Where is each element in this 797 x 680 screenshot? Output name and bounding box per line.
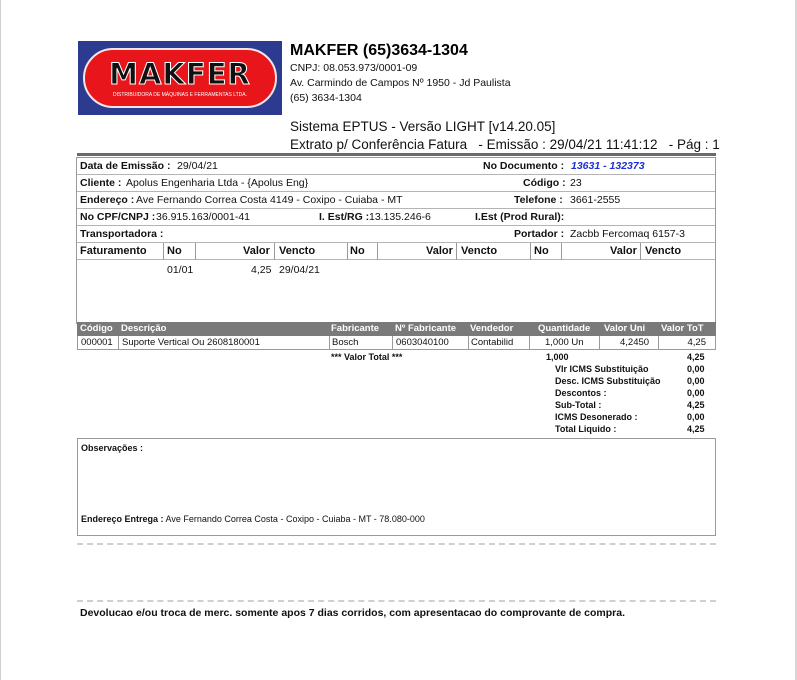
logo-brand: MAKFER: [85, 57, 275, 91]
items-col-n-fabricante: Nº Fabricante: [395, 323, 456, 334]
observacoes-box: Observações : Endereço Entrega : Ave Fer…: [77, 438, 716, 536]
items-table-header: Código Descrição Fabricante Nº Fabricant…: [77, 322, 716, 336]
company-address: Av. Carmindo de Campos Nº 1950 - Jd Paul…: [290, 77, 511, 89]
items-col-quantidade: Quantidade: [538, 323, 590, 334]
logo-tagline: DISTRIBUIDORA DE MÁQUINAS E FERRAMENTAS …: [85, 92, 275, 98]
column-divider: [163, 243, 164, 260]
faturamento-label: Faturamento: [80, 245, 147, 257]
fat-col-valor-3: Valor: [610, 245, 637, 257]
telefone-label: Telefone :: [514, 194, 563, 206]
column-divider: [347, 243, 348, 260]
desc-icms-subst-value: 0,00: [687, 376, 705, 386]
endereco-label: Endereço :: [80, 194, 134, 206]
info-row-endereco: Endereço : Ave Fernando Correa Costa 414…: [77, 192, 715, 209]
items-col-descricao: Descrição: [121, 323, 166, 334]
company-phone: (65) 3634-1304: [290, 92, 362, 104]
data-emissao-label: Data de Emissão :: [80, 160, 170, 172]
items-table-row: 000001 Suporte Vertical Ou 2608180001 Bo…: [77, 336, 716, 350]
total-liquido-label: Total Liquido :: [555, 424, 616, 434]
item-n-fabricante: 0603040100: [396, 337, 449, 348]
items-col-codigo: Código: [80, 323, 113, 334]
desc-icms-subst-label: Desc. ICMS Substituição: [555, 376, 661, 386]
item-codigo: 000001: [81, 337, 113, 348]
fat-col-vencto-3: Vencto: [645, 245, 681, 257]
column-divider: [392, 336, 393, 349]
vlr-icms-subst-value: 0,00: [687, 364, 705, 374]
column-divider: [274, 243, 275, 260]
info-row-transportadora: Transportadora : Portador : Zacbb Fercom…: [77, 226, 715, 243]
endereco-value: Ave Fernando Correa Costa 4149 - Coxipo …: [136, 194, 403, 206]
dashed-separator: [77, 543, 716, 545]
return-policy-note: Devolucao e/ou troca de merc. somente ap…: [80, 607, 625, 619]
item-descricao: Suporte Vertical Ou 2608180001: [122, 337, 260, 348]
telefone-value: 3661-2555: [570, 194, 620, 206]
no-documento-label: No Documento :: [483, 160, 564, 172]
fat-col-no-1: No: [167, 245, 182, 257]
column-divider: [561, 243, 562, 260]
column-divider: [530, 243, 531, 260]
info-row-cpf: No CPF/CNPJ : 36.915.163/0001-41 I. Est/…: [77, 209, 715, 226]
descontos-value: 0,00: [687, 388, 705, 398]
iest-rg-value: 13.135.246-6: [369, 211, 431, 223]
total-liquido-value: 4,25: [687, 424, 705, 434]
data-emissao-value: 29/04/21: [177, 160, 218, 172]
fat-col-valor-2: Valor: [426, 245, 453, 257]
fat-col-valor-1: Valor: [243, 245, 270, 257]
dashed-separator: [77, 600, 716, 602]
valor-total-label: *** Valor Total ***: [331, 352, 402, 362]
portador-label: Portador :: [514, 228, 564, 240]
logo-pill: MAKFER DISTRIBUIDORA DE MÁQUINAS E FERRA…: [83, 48, 277, 108]
observacoes-label: Observações :: [81, 443, 143, 453]
item-fabricante: Bosch: [332, 337, 358, 348]
column-divider: [529, 336, 530, 349]
column-divider: [195, 243, 196, 260]
fat-col-vencto-2: Vencto: [461, 245, 497, 257]
items-col-valor-uni: Valor Uni: [604, 323, 645, 334]
system-version: Sistema EPTUS - Versão LIGHT [v14.20.05]: [290, 119, 555, 134]
page-edge-left: [0, 0, 1, 680]
codigo-value: 23: [570, 177, 582, 189]
endereco-entrega-value: Ave Fernando Correa Costa - Coxipo - Cui…: [166, 514, 425, 524]
items-col-valor-tot: Valor ToT: [661, 323, 704, 334]
invoice-info-box: Data de Emissão : 29/04/21 No Documento …: [76, 157, 716, 324]
codigo-label: Código :: [523, 177, 566, 189]
fat-col-no-2: No: [350, 245, 365, 257]
descontos-label: Descontos :: [555, 388, 607, 398]
iest-rural-label: I.Est (Prod Rural):: [475, 211, 564, 223]
faturamento-header: Faturamento No Valor Vencto No Valor Ven…: [77, 243, 715, 260]
endereco-entrega: Endereço Entrega : Ave Fernando Correa C…: [81, 514, 425, 524]
company-logo: MAKFER DISTRIBUIDORA DE MÁQUINAS E FERRA…: [78, 41, 282, 115]
column-divider: [640, 243, 641, 260]
column-divider: [329, 336, 330, 349]
info-row-emissao: Data de Emissão : 29/04/21 No Documento …: [77, 158, 715, 175]
transportadora-label: Transportadora :: [80, 228, 163, 240]
column-divider: [468, 336, 469, 349]
sub-total-label: Sub-Total :: [555, 400, 601, 410]
cliente-value: Apolus Engenharia Ltda - {Apolus Eng}: [126, 177, 308, 189]
cpf-cnpj-value: 36.915.163/0001-41: [156, 211, 250, 223]
column-divider: [377, 243, 378, 260]
extract-line: Extrato p/ Conferência Fatura - Emissão …: [290, 137, 720, 152]
item-vendedor: Contabilid: [471, 337, 513, 348]
icms-desonerado-value: 0,00: [687, 412, 705, 422]
sub-total-value: 4,25: [687, 400, 705, 410]
item-quantidade: 1,000 Un: [545, 337, 584, 348]
info-row-cliente: Cliente : Apolus Engenharia Ltda - {Apol…: [77, 175, 715, 192]
fat-row-valor: 4,25: [251, 264, 271, 276]
cliente-label: Cliente :: [80, 177, 121, 189]
iest-rg-label: I. Est/RG :: [319, 211, 369, 223]
column-divider: [456, 243, 457, 260]
column-divider: [599, 336, 600, 349]
vlr-icms-subst-label: Vlr ICMS Substituição: [555, 364, 649, 374]
no-documento-value: 13631 - 132373: [571, 160, 645, 172]
item-valor-uni: 4,2450: [620, 337, 649, 348]
column-divider: [118, 336, 119, 349]
items-col-vendedor: Vendedor: [470, 323, 513, 334]
fat-row-vencto: 29/04/21: [279, 264, 320, 276]
valor-total: 4,25: [687, 352, 705, 362]
column-divider: [658, 336, 659, 349]
portador-value: Zacbb Fercomaq 6157-3: [570, 228, 685, 240]
fat-col-vencto-1: Vencto: [279, 245, 315, 257]
fat-row-no: 01/01: [167, 264, 193, 276]
cpf-cnpj-label: No CPF/CNPJ :: [80, 211, 155, 223]
items-col-fabricante: Fabricante: [331, 323, 379, 334]
quantidade-total: 1,000: [546, 352, 569, 362]
company-cnpj: CNPJ: 08.053.973/0001-09: [290, 62, 417, 74]
endereco-entrega-label: Endereço Entrega :: [81, 514, 164, 524]
company-name: MAKFER (65)3634-1304: [290, 42, 468, 60]
item-valor-tot: 4,25: [688, 337, 707, 348]
fat-col-no-3: No: [534, 245, 549, 257]
header-rule: [77, 153, 716, 156]
icms-desonerado-label: ICMS Desonerado :: [555, 412, 638, 422]
